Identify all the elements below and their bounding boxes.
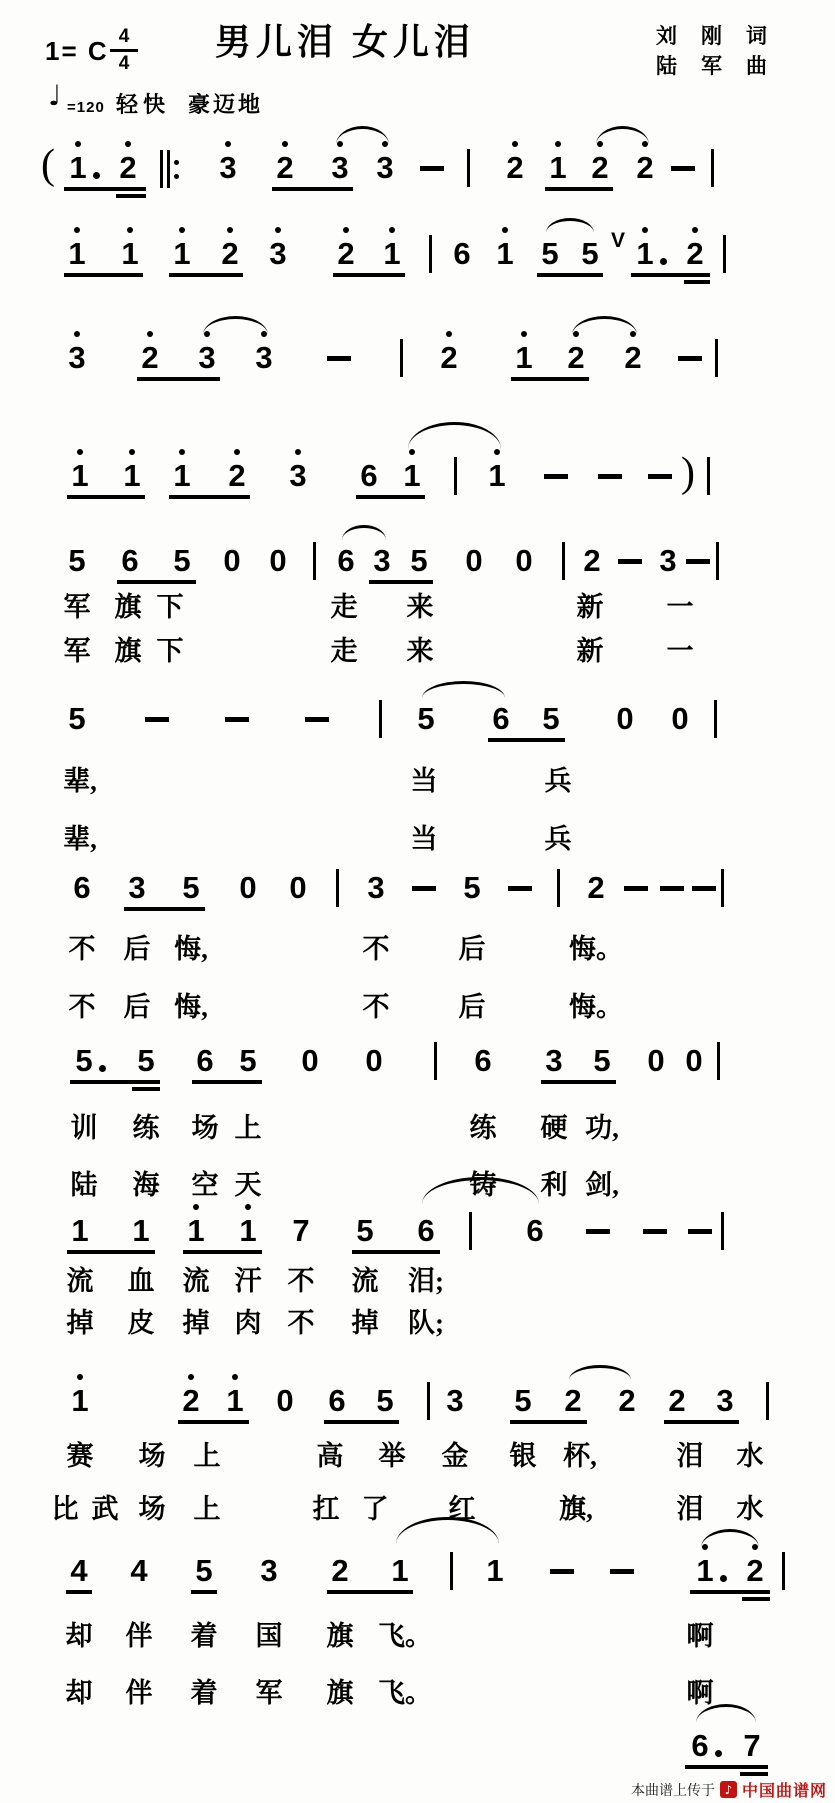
lyric-char: 走 <box>331 594 358 621</box>
lyric-char: 流 <box>183 1268 210 1295</box>
lyric-char: 场 <box>139 1443 166 1470</box>
note-digit: 1 <box>121 238 138 269</box>
barline <box>429 235 432 273</box>
octave-dot <box>225 141 231 147</box>
octave-dot <box>573 331 579 337</box>
dash-note <box>305 717 329 722</box>
note-digit: 6 <box>337 545 354 576</box>
lyric-char: 下 <box>157 594 184 621</box>
beam-underline <box>192 1080 262 1084</box>
tempo-note-icon: ♩ <box>48 82 61 110</box>
note-digit: 3 <box>68 342 85 373</box>
barline <box>717 1042 720 1080</box>
lyric-char: 军 <box>256 1680 283 1707</box>
augmentation-dot <box>99 1065 106 1072</box>
beam-underline <box>124 907 205 911</box>
note-digit: 2 <box>583 545 600 576</box>
barline <box>400 339 403 377</box>
lyric-char: 着 <box>191 1623 218 1650</box>
lyric-char: 新 <box>577 594 604 621</box>
lyric-char: 着 <box>191 1680 218 1707</box>
note-digit: 5 <box>68 545 85 576</box>
octave-dot <box>295 449 301 455</box>
beam-underline <box>191 1590 217 1594</box>
dash-note <box>550 1569 574 1574</box>
octave-dot <box>179 449 185 455</box>
lyric-char: 上 <box>235 1115 262 1142</box>
lyric-char: 啊 <box>687 1623 714 1650</box>
slur-tie <box>569 1365 631 1380</box>
lyric-char: 下 <box>157 638 184 665</box>
lyric-char: 练 <box>133 1115 160 1142</box>
note-digit: 3 <box>376 152 393 183</box>
lyricist-credit: 刘刚词 <box>656 20 791 50</box>
octave-dot <box>282 141 288 147</box>
octave-dot <box>642 227 648 233</box>
octave-dot <box>597 141 603 147</box>
dash-note <box>225 717 249 722</box>
note-digit: 3 <box>260 1555 277 1586</box>
note-digit: 2 <box>119 152 136 183</box>
lyric-char: 陆 <box>71 1172 98 1199</box>
close-paren: ) <box>681 452 695 494</box>
slur-tie <box>546 218 594 233</box>
time-signature-bottom: 4 <box>110 52 138 75</box>
lyric-char: 走 <box>331 638 358 665</box>
dash-note <box>624 886 648 891</box>
note-digit: 6 <box>73 872 90 903</box>
repeat-bar <box>160 150 163 188</box>
note-digit: 2 <box>686 238 703 269</box>
note-digit: 1 <box>403 460 420 491</box>
lyric-char: 新 <box>577 638 604 665</box>
footer-site-name: 中国曲谱网 <box>742 1778 827 1801</box>
note-digit: 6 <box>691 1730 708 1761</box>
dash-note <box>586 1229 610 1234</box>
note-digit: 5 <box>514 1385 531 1416</box>
beam-underline <box>541 1080 616 1084</box>
lyric-char: 来 <box>407 594 434 621</box>
dash-note <box>412 886 436 891</box>
note-digit: 4 <box>130 1555 147 1586</box>
lyric-char: 旗 <box>115 594 142 621</box>
sheet-music-page: 1= C 4 4 男儿泪 女儿泪 刘刚词 陆军曲 ♩ =120 轻快 豪迈地 (… <box>0 0 835 1803</box>
note-digit: 0 <box>269 545 286 576</box>
lyric-char: 肉 <box>235 1310 262 1337</box>
lyric-char: 国 <box>256 1623 283 1650</box>
lyric-char: 金 <box>442 1443 469 1470</box>
tempo-expression-2: 豪迈地 <box>188 88 263 119</box>
lyric-char: 悔。 <box>569 936 623 963</box>
time-signature-top: 4 <box>110 26 138 52</box>
page-title: 男儿泪 女儿泪 <box>215 14 475 65</box>
octave-dot <box>409 449 415 455</box>
beam-underline <box>690 1590 770 1594</box>
lyric-char: 飞。 <box>378 1623 432 1650</box>
lyric-char: 却 <box>66 1623 93 1650</box>
note-digit: 5 <box>137 1045 154 1076</box>
note-digit: 3 <box>331 152 348 183</box>
note-digit: 5 <box>581 238 598 269</box>
beam-underline <box>67 1250 155 1254</box>
dash-note <box>678 356 702 361</box>
lyric-char: 当 <box>411 768 438 795</box>
barline <box>715 339 718 377</box>
lyric-char: 高 <box>317 1443 344 1470</box>
dash-note <box>508 886 532 891</box>
note-digit: 1 <box>69 152 86 183</box>
note-digit: 3 <box>373 545 390 576</box>
note-digit: 0 <box>276 1385 293 1416</box>
note-digit: 5 <box>356 1215 373 1246</box>
dash-note <box>618 559 642 564</box>
beam-underline <box>684 280 710 284</box>
dash-note <box>327 356 351 361</box>
note-digit: 1 <box>173 238 190 269</box>
octave-dot <box>75 141 81 147</box>
note-digit: 5 <box>173 545 190 576</box>
octave-dot <box>642 141 648 147</box>
lyric-char: 赛 <box>67 1443 94 1470</box>
note-digit: 2 <box>746 1555 763 1586</box>
note-digit: 2 <box>564 1385 581 1416</box>
lyric-char: 旗 <box>327 1680 354 1707</box>
note-digit: 1 <box>383 238 400 269</box>
note-digit: 0 <box>515 545 532 576</box>
lyric-char: 不 <box>363 994 390 1021</box>
slur-tie <box>408 422 501 449</box>
augmentation-dot <box>715 1750 722 1757</box>
key-signature: 1= C <box>45 36 109 67</box>
note-digit: 0 <box>685 1045 702 1076</box>
octave-dot <box>77 449 83 455</box>
beam-underline <box>132 1087 160 1091</box>
note-digit: 2 <box>141 342 158 373</box>
octave-dot <box>245 1204 251 1210</box>
octave-dot <box>343 227 349 233</box>
note-digit: 2 <box>587 872 604 903</box>
note-digit: 6 <box>196 1045 213 1076</box>
footer-upload-text: 本曲谱上传于 <box>631 1780 715 1800</box>
note-digit: 6 <box>474 1045 491 1076</box>
dash-note <box>692 886 716 891</box>
lyric-char: 后 <box>459 994 486 1021</box>
note-digit: 3 <box>269 238 286 269</box>
barline <box>557 869 560 907</box>
lyric-char: 流 <box>352 1268 379 1295</box>
dash-note <box>145 717 169 722</box>
lyric-char: 银 <box>510 1443 537 1470</box>
note-digit: 2 <box>331 1555 348 1586</box>
note-digit: 5 <box>463 872 480 903</box>
lyric-char: 队; <box>408 1310 444 1337</box>
lyric-char: 利 <box>541 1172 568 1199</box>
beam-underline <box>488 738 565 742</box>
barline <box>714 700 717 738</box>
barline <box>469 1212 472 1250</box>
lyric-char: 天 <box>235 1172 262 1199</box>
note-digit: 1 <box>496 238 513 269</box>
repeat-bar <box>167 150 170 188</box>
note-digit: 1 <box>71 460 88 491</box>
slur-tie <box>396 1517 499 1544</box>
octave-dot <box>692 227 698 233</box>
note-digit: 3 <box>446 1385 463 1416</box>
open-paren: ( <box>41 144 55 186</box>
octave-dot <box>555 141 561 147</box>
augmentation-dot <box>93 172 100 179</box>
note-digit: 0 <box>239 872 256 903</box>
lyric-char: 一 <box>667 594 694 621</box>
lyric-char: 一 <box>667 638 694 665</box>
note-digit: 0 <box>671 703 688 734</box>
dash-note <box>544 474 568 479</box>
lyric-char: 扛 <box>313 1496 340 1523</box>
barline <box>707 457 710 495</box>
note-digit: 2 <box>440 342 457 373</box>
note-digit: 6 <box>453 238 470 269</box>
lyric-char: 泪 <box>677 1496 704 1523</box>
octave-dot <box>77 1374 83 1380</box>
note-digit: 1 <box>173 460 190 491</box>
breath-mark: V <box>611 230 625 251</box>
octave-dot <box>188 1374 194 1380</box>
lyric-char: 海 <box>133 1172 160 1199</box>
lyric-char: 不 <box>69 936 96 963</box>
note-digit: 5 <box>542 703 559 734</box>
note-digit: 3 <box>289 460 306 491</box>
octave-dot <box>702 1544 708 1550</box>
beam-underline <box>537 273 603 277</box>
lyric-char: 了 <box>362 1496 389 1523</box>
octave-dot <box>512 141 518 147</box>
octave-dot <box>74 331 80 337</box>
footer-watermark: 本曲谱上传于 ♪ 中国曲谱网 <box>631 1778 827 1801</box>
beam-underline <box>333 273 405 277</box>
lyric-char: 空 <box>192 1172 219 1199</box>
lyric-char: 军 <box>64 594 91 621</box>
beam-underline <box>116 194 146 198</box>
lyric-char: 不 <box>363 936 390 963</box>
dash-note <box>598 474 622 479</box>
repeat-dot <box>174 174 179 179</box>
lyric-char: 掉 <box>183 1310 210 1337</box>
lyric-char: 后 <box>459 936 486 963</box>
note-digit: 2 <box>636 152 653 183</box>
lyric-char: 水 <box>737 1443 764 1470</box>
note-digit: 5 <box>239 1045 256 1076</box>
beam-underline <box>327 1590 413 1594</box>
beam-underline <box>70 1080 160 1084</box>
note-digit: 0 <box>223 545 240 576</box>
note-digit: 1 <box>71 1215 88 1246</box>
lyric-char: 悔, <box>174 994 208 1021</box>
note-digit: 2 <box>221 238 238 269</box>
octave-dot <box>389 227 395 233</box>
beam-underline <box>67 495 145 499</box>
barline <box>716 542 719 580</box>
augmentation-dot <box>720 1575 727 1582</box>
beam-underline <box>545 187 613 191</box>
lyric-char: 流 <box>67 1268 94 1295</box>
lyric-char: 却 <box>66 1680 93 1707</box>
note-digit: 3 <box>219 152 236 183</box>
lyric-char: 血 <box>128 1268 155 1295</box>
qupu-site-logo-icon: ♪ <box>720 1781 737 1798</box>
note-digit: 3 <box>716 1385 733 1416</box>
barline <box>336 869 339 907</box>
beam-underline <box>64 273 143 277</box>
lyric-char: 练 <box>470 1115 497 1142</box>
octave-dot <box>129 449 135 455</box>
lyric-char: 皮 <box>128 1310 155 1337</box>
lyric-char: 上 <box>194 1443 221 1470</box>
lyric-char: 举 <box>379 1443 406 1470</box>
lyric-char: 不 <box>288 1268 315 1295</box>
lyric-char: 旗 <box>115 638 142 665</box>
barline <box>454 457 457 495</box>
barline <box>711 149 714 187</box>
note-digit: 5 <box>68 703 85 734</box>
note-digit: 6 <box>417 1215 434 1246</box>
slur-tie <box>572 316 637 335</box>
lyric-char: 后 <box>124 936 151 963</box>
dash-note <box>686 559 710 564</box>
lyric-char: 泪 <box>677 1443 704 1470</box>
lyric-char: 啊 <box>687 1680 714 1707</box>
slur-tie <box>596 126 649 145</box>
octave-dot <box>193 1204 199 1210</box>
note-digit: 0 <box>365 1045 382 1076</box>
note-digit: 5 <box>195 1555 212 1586</box>
barline <box>434 1042 437 1080</box>
note-digit: 4 <box>70 1555 87 1586</box>
note-digit: 5 <box>541 238 558 269</box>
note-digit: 3 <box>545 1045 562 1076</box>
lyric-char: 功, <box>585 1115 619 1142</box>
beam-underline <box>740 1772 768 1776</box>
octave-dot <box>382 141 388 147</box>
lyric-char: 硬 <box>541 1115 568 1142</box>
barline <box>313 542 316 580</box>
lyric-char: 旗, <box>559 1496 593 1523</box>
note-digit: 2 <box>182 1385 199 1416</box>
beam-underline <box>369 580 433 584</box>
beam-underline <box>324 1420 399 1424</box>
slur-tie <box>342 525 386 540</box>
note-digit: 1 <box>549 152 566 183</box>
octave-dot <box>234 449 240 455</box>
lyric-char: 兵 <box>545 768 572 795</box>
lyric-char: 泪; <box>408 1268 444 1295</box>
lyric-char: 不 <box>69 994 96 1021</box>
barline <box>721 1212 724 1250</box>
note-digit: 1 <box>239 1215 256 1246</box>
note-digit: 1 <box>636 238 653 269</box>
note-digit: 6 <box>492 703 509 734</box>
barline <box>467 149 470 187</box>
note-digit: 2 <box>228 460 245 491</box>
lyric-char: 兵 <box>545 826 572 853</box>
lyric-char: 当 <box>411 826 438 853</box>
note-digit: 5 <box>417 703 434 734</box>
note-digit: 2 <box>618 1385 635 1416</box>
note-digit: 1 <box>486 1555 503 1586</box>
octave-dot <box>125 141 131 147</box>
beam-underline <box>169 495 250 499</box>
octave-dot <box>502 227 508 233</box>
tempo-bpm: =120 <box>67 99 105 116</box>
octave-dot <box>337 141 343 147</box>
octave-dot <box>446 331 452 337</box>
note-digit: 0 <box>647 1045 664 1076</box>
octave-dot <box>521 331 527 337</box>
octave-dot <box>204 331 210 337</box>
slur-tie <box>422 681 505 698</box>
lyric-char: 场 <box>192 1115 219 1142</box>
lyric-char: 辈, <box>63 826 97 853</box>
note-digit: 2 <box>337 238 354 269</box>
time-signature: 4 4 <box>110 26 138 75</box>
dash-note <box>660 886 684 891</box>
lyric-char: 不 <box>288 1310 315 1337</box>
composer-credit: 陆军曲 <box>656 50 791 80</box>
slur-tie <box>336 126 389 145</box>
octave-dot <box>275 227 281 233</box>
octave-dot <box>261 331 267 337</box>
repeat-dot <box>174 160 179 165</box>
note-digit: 5 <box>376 1385 393 1416</box>
lyric-char: 掉 <box>352 1310 379 1337</box>
repeat-start-sign <box>160 150 179 188</box>
lyric-char: 辈, <box>63 768 97 795</box>
lyric-char: 后 <box>124 994 151 1021</box>
note-digit: 2 <box>591 152 608 183</box>
lyric-char: 军 <box>64 638 91 665</box>
octave-dot <box>232 1374 238 1380</box>
lyric-char: 训 <box>71 1115 98 1142</box>
note-digit: 3 <box>367 872 384 903</box>
note-digit: 1 <box>488 460 505 491</box>
repeat-dots <box>174 160 179 179</box>
lyric-char: 来 <box>407 638 434 665</box>
octave-dot <box>227 227 233 233</box>
note-digit: 2 <box>624 342 641 373</box>
note-digit: 2 <box>567 342 584 373</box>
tempo-expression-1: 轻快 <box>116 88 170 119</box>
beam-underline <box>64 187 146 191</box>
note-digit: 5 <box>593 1045 610 1076</box>
note-digit: 6 <box>328 1385 345 1416</box>
note-digit: 1 <box>187 1215 204 1246</box>
barline <box>427 1382 430 1420</box>
beam-underline <box>352 1250 440 1254</box>
barline <box>782 1552 785 1590</box>
slur-tie <box>422 1177 539 1204</box>
lyric-char: 汗 <box>235 1268 262 1295</box>
beam-underline <box>137 377 220 381</box>
lyric-char: 悔。 <box>569 994 623 1021</box>
octave-dot <box>127 227 133 233</box>
barline <box>379 700 382 738</box>
note-digit: 5 <box>75 1045 92 1076</box>
octave-dot <box>752 1544 758 1550</box>
barline <box>766 1382 769 1420</box>
dash-note <box>688 1229 712 1234</box>
note-digit: 2 <box>506 152 523 183</box>
lyric-char: 场 <box>139 1496 166 1523</box>
octave-dot <box>494 449 500 455</box>
